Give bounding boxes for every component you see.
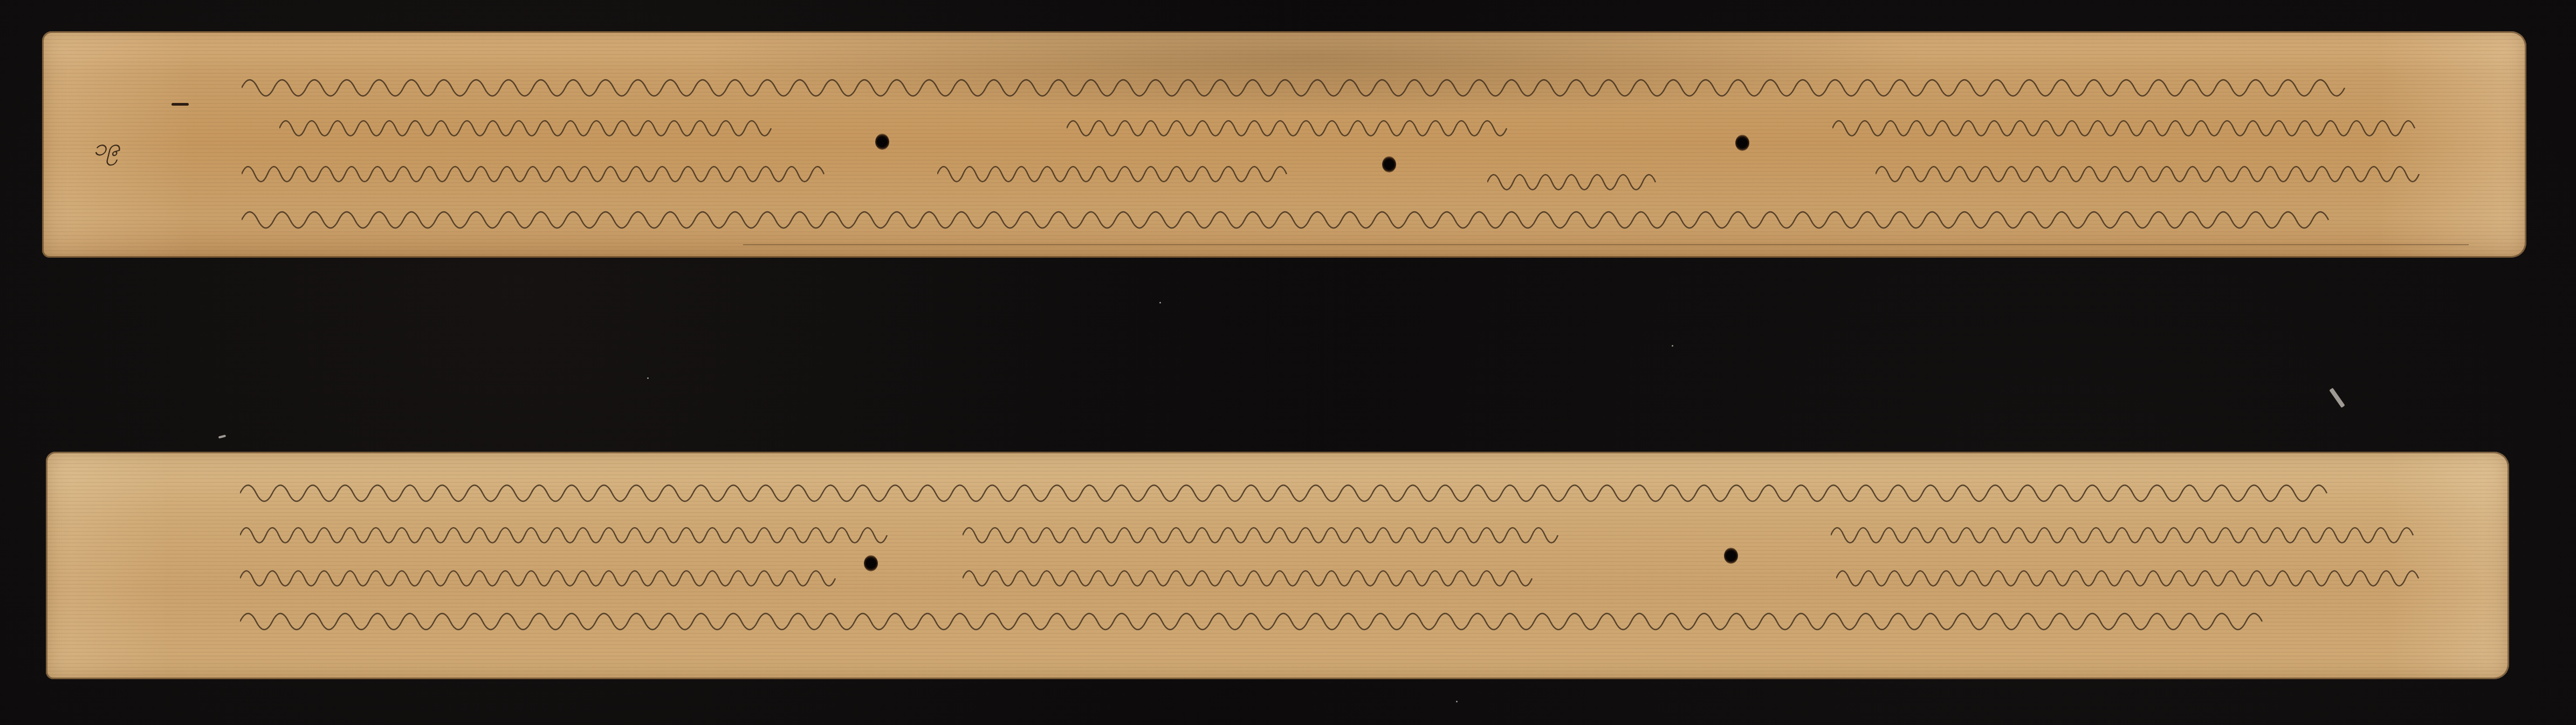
dust-speck [1456, 701, 1458, 702]
script-line-2-segment [240, 514, 898, 551]
script-line-2-segment [279, 107, 775, 144]
script-line-3-segment [242, 153, 835, 190]
script-line-1 [240, 471, 2451, 508]
script-line-2-segment [1067, 107, 1509, 144]
script-line-4 [242, 198, 2426, 236]
script-line-3-segment [963, 557, 1534, 595]
palm-leaf-top: ၁၉ [42, 31, 2526, 258]
script-line-3-segment [1876, 153, 2426, 190]
leaf-grain-texture [42, 31, 2526, 258]
script-line-3-segment [1836, 557, 2429, 595]
script-line-4 [240, 600, 2435, 638]
script-line-2-segment [963, 514, 1567, 551]
ruling-line [743, 244, 2469, 245]
binding-hole [1382, 156, 1396, 172]
dust-speck [2329, 388, 2345, 408]
folio-number: ၁၉ [93, 133, 120, 167]
binding-hole [864, 555, 878, 571]
dust-speck [218, 434, 226, 438]
script-line-2-segment [1832, 107, 2426, 144]
script-line-2-segment [1831, 514, 2424, 551]
script-line-3-segment [937, 153, 1293, 190]
script-line-3-segment [1487, 161, 1665, 198]
margin-dash-mark [171, 103, 189, 106]
binding-hole [1724, 548, 1738, 564]
palm-leaf-bottom [46, 452, 2509, 679]
leaf-grain-texture [46, 452, 2509, 679]
dust-speck [647, 377, 649, 379]
script-line-3-segment [240, 557, 839, 595]
dust-speck [1159, 302, 1161, 303]
dust-speck [1672, 345, 1673, 347]
binding-hole [1735, 135, 1749, 151]
binding-hole [875, 134, 889, 150]
script-line-1 [242, 64, 2431, 101]
